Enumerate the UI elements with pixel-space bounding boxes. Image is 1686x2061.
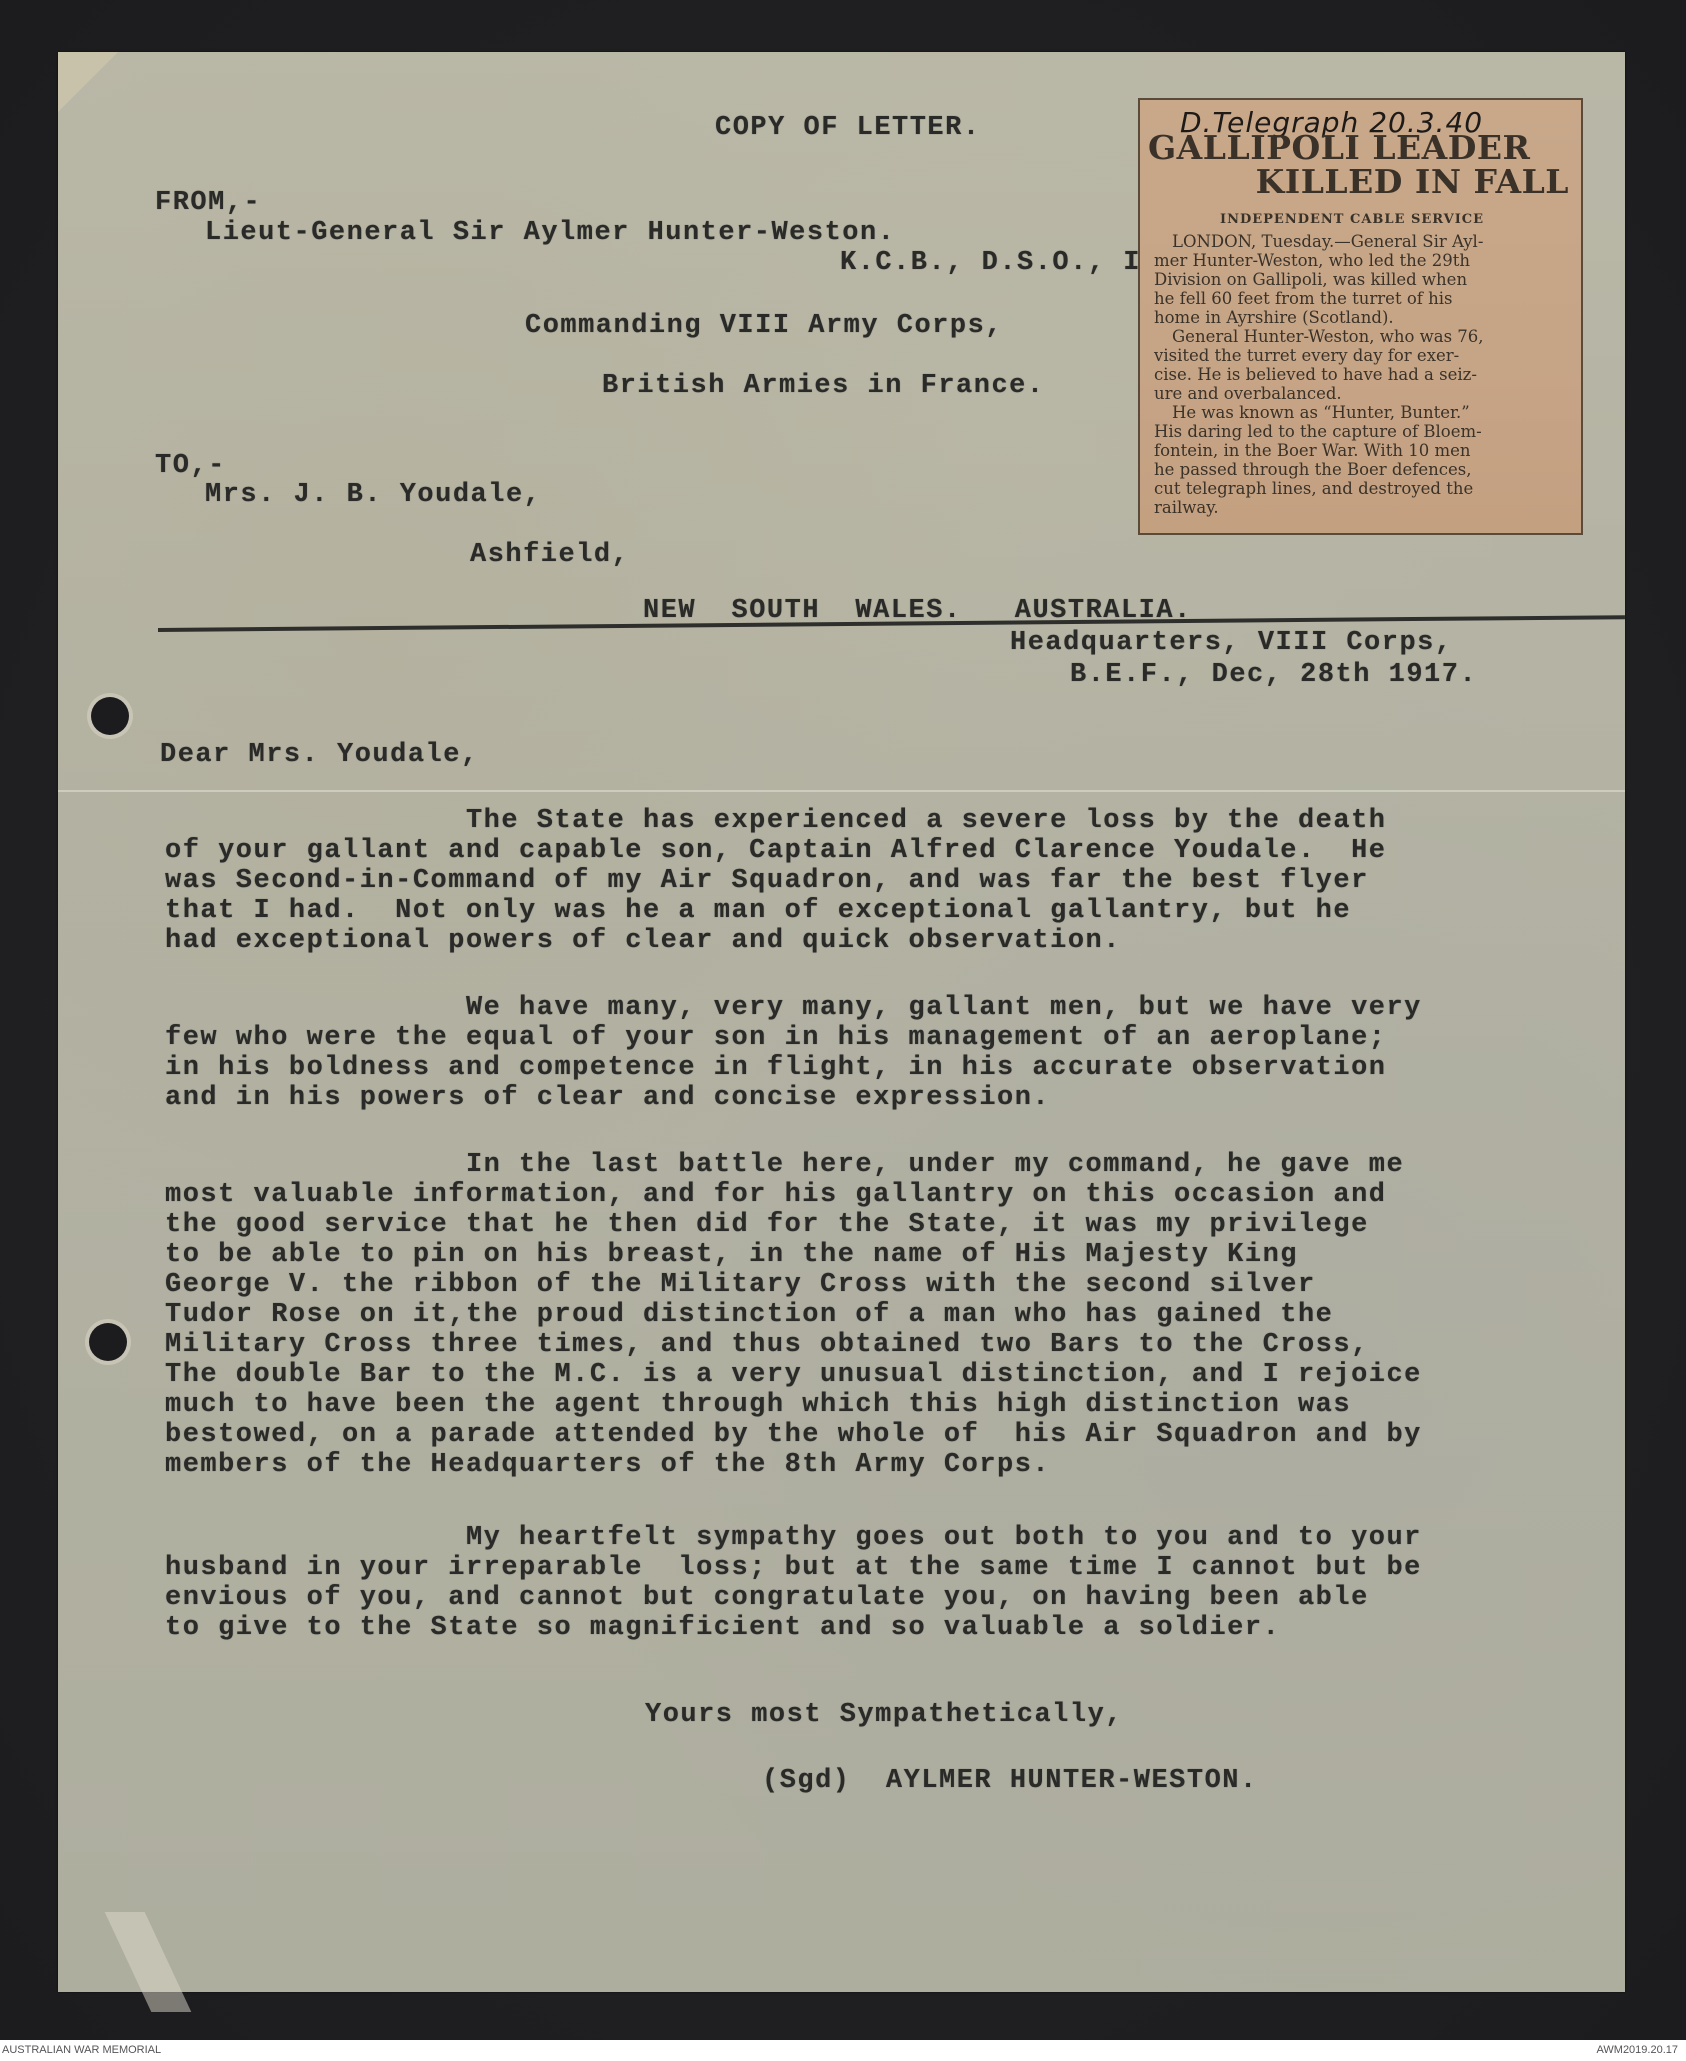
footer-credit-bar: AUSTRALIAN WAR MEMORIAL AWM2019.20.17 — [0, 2040, 1686, 2061]
paragraph-3-line: much to have been the agent through whic… — [165, 1392, 1351, 1419]
sender-command: Commanding VIII Army Corps, — [525, 313, 1003, 340]
paragraph-1-line: of your gallant and capable son, Captain… — [165, 838, 1386, 865]
clipping-line: cut telegraph lines, and destroyed the — [1154, 479, 1571, 498]
paragraph-3-line: to be able to pin on his breast, in the … — [165, 1242, 1298, 1269]
clipping-line: he fell 60 feet from the turret of his — [1154, 289, 1571, 308]
paragraph-3-line: most valuable information, and for his g… — [165, 1182, 1386, 1209]
paragraph-4-line: My heartfelt sympathy goes out both to y… — [165, 1525, 1422, 1552]
institution-credit: AUSTRALIAN WAR MEMORIAL — [2, 2044, 161, 2056]
paragraph-3-line: the good service that he then did for th… — [165, 1212, 1369, 1239]
clipping-line: His daring led to the capture of Bloem- — [1154, 422, 1571, 441]
paragraph-4-line: to give to the State so magnificient and… — [165, 1615, 1280, 1642]
newspaper-clipping: D.Telegraph 20.3.40 GALLIPOLI LEADER KIL… — [1138, 98, 1583, 535]
paragraph-2-line: few who were the equal of your son in hi… — [165, 1025, 1386, 1052]
salutation: Dear Mrs. Youdale, — [160, 742, 479, 769]
clipping-headline-2: KILLED IN FALL — [1256, 162, 1569, 201]
punch-hole-upper — [91, 697, 129, 735]
paragraph-4-line: husband in your irreparable loss; but at… — [165, 1555, 1422, 1582]
paragraph-3-line: Tudor Rose on it,the proud distinction o… — [165, 1302, 1333, 1329]
paragraph-1-line: that I had. Not only was he a man of exc… — [165, 898, 1351, 925]
paragraph-1-line: had exceptional powers of clear and quic… — [165, 928, 1121, 955]
accession-number: AWM2019.20.17 — [1596, 2044, 1678, 2056]
clipping-line: ure and overbalanced. — [1154, 384, 1571, 403]
paragraph-2-line: and in his powers of clear and concise e… — [165, 1085, 1050, 1112]
fold-crease — [58, 790, 1625, 792]
folded-corner — [58, 52, 118, 112]
paragraph-3-line: bestowed, on a parade attended by the wh… — [165, 1422, 1422, 1449]
clipping-line: railway. — [1154, 498, 1571, 517]
clipping-line: He was known as “Hunter, Bunter.” — [1154, 403, 1571, 422]
paragraph-4-line: envious of you, and cannot but congratul… — [165, 1585, 1369, 1612]
paragraph-3-line: members of the Headquarters of the 8th A… — [165, 1452, 1050, 1479]
closing: Yours most Sympathetically, — [645, 1702, 1123, 1729]
paragraph-3-line: George V. the ribbon of the Military Cro… — [165, 1272, 1316, 1299]
clipping-line: he passed through the Boer defences, — [1154, 460, 1571, 479]
from-label: FROM,- — [155, 190, 261, 217]
sender-address-date: B.E.F., Dec, 28th 1917. — [1070, 662, 1477, 689]
paragraph-3-line: In the last battle here, under my comman… — [165, 1152, 1404, 1179]
sender-location: British Armies in France. — [602, 373, 1045, 400]
to-label: TO,- — [155, 453, 226, 480]
recipient-name: Mrs. J. B. Youdale, — [205, 482, 541, 509]
clipping-line: General Hunter-Weston, who was 76, — [1154, 327, 1571, 346]
clipping-line: Division on Gallipoli, was killed when — [1154, 270, 1571, 289]
paragraph-2-line: We have many, very many, gallant men, bu… — [165, 995, 1422, 1022]
clipping-line: LONDON, Tuesday.—General Sir Ayl- — [1154, 232, 1571, 251]
paragraph-3-line: Military Cross three times, and thus obt… — [165, 1332, 1369, 1359]
clipping-subheading: INDEPENDENT CABLE SERVICE — [1220, 212, 1484, 227]
sender-honours: K.C.B., D.S.O., I — [840, 250, 1141, 277]
clipping-line: cise. He is believed to have had a seiz- — [1154, 365, 1571, 384]
signature: (Sgd) AYLMER HUNTER-WESTON. — [762, 1768, 1258, 1795]
paragraph-3-line: The double Bar to the M.C. is a very unu… — [165, 1362, 1422, 1389]
paragraph-2-line: in his boldness and competence in flight… — [165, 1055, 1386, 1082]
clipping-line: visited the turret every day for exer- — [1154, 346, 1571, 365]
clipping-line: fontein, in the Boer War. With 10 men — [1154, 441, 1571, 460]
paragraph-1-line: was Second-in-Command of my Air Squadron… — [165, 868, 1369, 895]
recipient-town: Ashfield, — [470, 542, 629, 569]
letter-heading: COPY OF LETTER. — [715, 115, 981, 142]
clipping-line: mer Hunter-Weston, who led the 29th — [1154, 251, 1571, 270]
sender-address-line-1: Headquarters, VIII Corps, — [1010, 630, 1453, 657]
paragraph-1-line: The State has experienced a severe loss … — [165, 808, 1386, 835]
clipping-line: home in Ayrshire (Scotland). — [1154, 308, 1571, 327]
sender-name: Lieut-General Sir Aylmer Hunter-Weston. — [205, 220, 895, 247]
clipping-body: LONDON, Tuesday.—General Sir Ayl- mer Hu… — [1154, 232, 1571, 517]
punch-hole-lower — [89, 1323, 127, 1361]
